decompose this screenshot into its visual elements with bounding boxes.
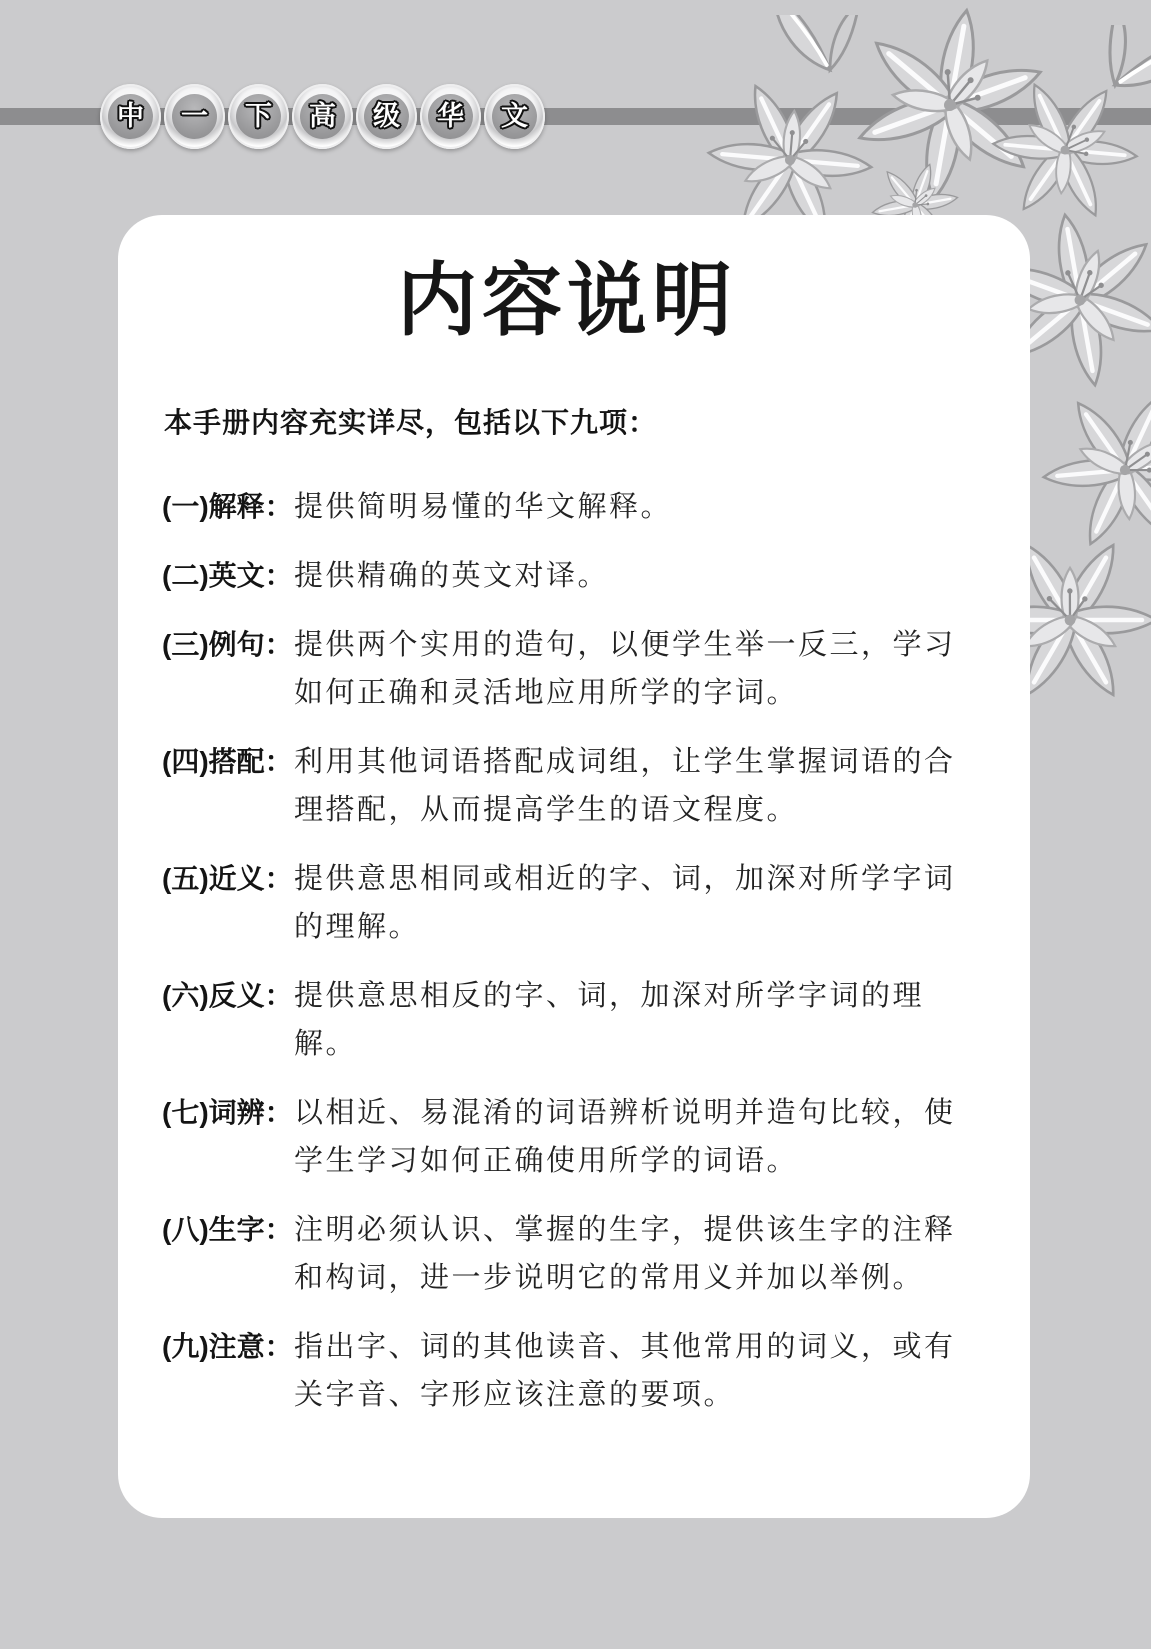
page-title: 内容说明: [162, 249, 972, 353]
item-description: 指出字、词的其他读音、其他常用的词义，或有关字音、字形应该注意的要项。: [294, 1323, 972, 1419]
list-item: (二)英文： 提供精确的英文对译。: [162, 552, 972, 600]
intro-text: 本手册内容充实详尽，包括以下九项：: [164, 401, 972, 441]
item-label: (二)英文：: [162, 552, 294, 600]
badge-circle: 级: [364, 94, 409, 139]
badge-character: 下: [245, 103, 272, 130]
series-title-badges: 中 一 下 高 级 华 文: [100, 84, 545, 149]
badge-circle: 高: [300, 94, 345, 139]
item-description: 提供意思相同或相近的字、词，加深对所学字词的理解。: [294, 855, 972, 951]
badge-circle: 中: [108, 94, 153, 139]
badge-character: 文: [501, 103, 528, 130]
item-description: 注明必须认识、掌握的生字，提供该生字的注释和构词，进一步说明它的常用义并加以举例…: [294, 1206, 972, 1302]
title-badge: 文: [484, 84, 545, 149]
badge-character: 中: [117, 103, 144, 130]
list-item: (五)近义： 提供意思相同或相近的字、词，加深对所学字词的理解。: [162, 855, 972, 951]
badge-character: 级: [373, 103, 400, 130]
list-item: (七)词辨： 以相近、易混淆的词语辨析说明并造句比较，使学生学习如何正确使用所学…: [162, 1089, 972, 1185]
item-label: (一)解释：: [162, 483, 294, 531]
item-list: (一)解释： 提供简明易懂的华文解释。 (二)英文： 提供精确的英文对译。 (三…: [162, 483, 972, 1440]
item-label: (六)反义：: [162, 972, 294, 1068]
item-description: 提供简明易懂的华文解释。: [294, 483, 972, 531]
leaf-icon: [1055, 25, 1151, 145]
title-badge: 华: [420, 84, 481, 149]
badge-circle: 华: [428, 94, 473, 139]
title-badge: 下: [228, 84, 289, 149]
flower-icon: [990, 75, 1140, 225]
badge-character: 一: [181, 103, 208, 130]
item-label: (五)近义：: [162, 855, 294, 951]
badge-circle: 文: [492, 94, 537, 139]
item-label: (九)注意：: [162, 1323, 294, 1419]
list-item: (四)搭配： 利用其他词语搭配成词组，让学生掌握词语的合理搭配，从而提高学生的语…: [162, 738, 972, 834]
item-description: 提供意思相反的字、词，加深对所学字词的理解。: [294, 972, 972, 1068]
list-item: (六)反义： 提供意思相反的字、词，加深对所学字词的理解。: [162, 972, 972, 1068]
item-description: 提供精确的英文对译。: [294, 552, 972, 600]
flower-icon: [850, 5, 1050, 205]
item-description: 利用其他词语搭配成词组，让学生掌握词语的合理搭配，从而提高学生的语文程度。: [294, 738, 972, 834]
flower-icon: [1040, 385, 1151, 555]
item-label: (四)搭配：: [162, 738, 294, 834]
list-item: (八)生字： 注明必须认识、掌握的生字，提供该生字的注释和构词，进一步说明它的常…: [162, 1206, 972, 1302]
title-badge: 级: [356, 84, 417, 149]
item-label: (八)生字：: [162, 1206, 294, 1302]
list-item: (一)解释： 提供简明易懂的华文解释。: [162, 483, 972, 531]
content-card: 内容说明 本手册内容充实详尽，包括以下九项： (一)解释： 提供简明易懂的华文解…: [118, 215, 1030, 1518]
item-description: 以相近、易混淆的词语辨析说明并造句比较，使学生学习如何正确使用所学的词语。: [294, 1089, 972, 1185]
list-item: (三)例句： 提供两个实用的造句，以便学生举一反三，学习如何正确和灵活地应用所学…: [162, 621, 972, 717]
item-label: (三)例句：: [162, 621, 294, 717]
badge-circle: 下: [236, 94, 281, 139]
item-description: 提供两个实用的造句，以便学生举一反三，学习如何正确和灵活地应用所学的字词。: [294, 621, 972, 717]
list-item: (九)注意： 指出字、词的其他读音、其他常用的词义，或有关字音、字形应该注意的要…: [162, 1323, 972, 1419]
badge-character: 高: [309, 103, 336, 130]
badge-character: 华: [437, 103, 464, 130]
title-badge: 高: [292, 84, 353, 149]
item-label: (七)词辨：: [162, 1089, 294, 1185]
title-badge: 中: [100, 84, 161, 149]
title-badge: 一: [164, 84, 225, 149]
badge-circle: 一: [172, 94, 217, 139]
